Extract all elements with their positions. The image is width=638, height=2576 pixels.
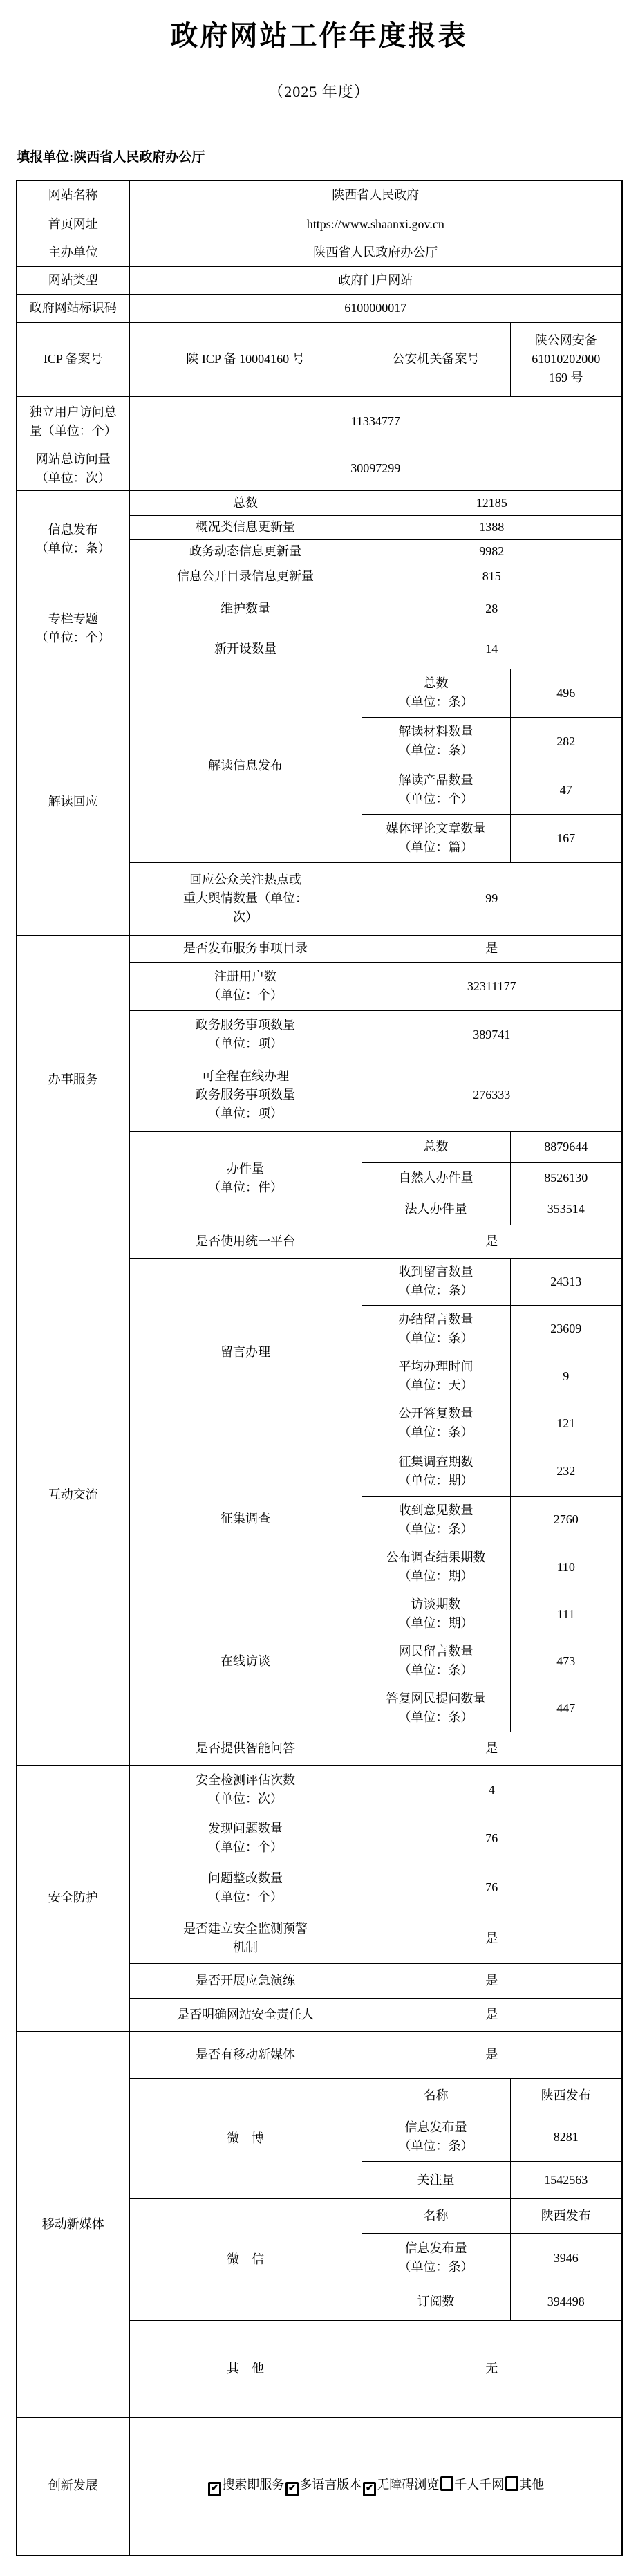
table-row: 信息发布 （单位：条）总数12185 (17, 490, 622, 515)
field-label: 是否使用统一平台 (129, 1225, 362, 1258)
subgroup-header: 留言办理 (129, 1258, 362, 1447)
field-label: 法人办件量 (362, 1194, 510, 1225)
field-value: 6100000017 (129, 294, 622, 322)
field-label: 是否发布服务事项目录 (129, 935, 362, 962)
field-value: 3946 (510, 2233, 622, 2283)
field-value: 30097299 (129, 447, 622, 490)
field-value: 是 (362, 1914, 622, 1963)
field-value: 276333 (362, 1059, 622, 1131)
field-value: 76 (362, 1862, 622, 1914)
field-value: 28 (362, 589, 622, 629)
field-value: 陕 ICP 备 10004160 号 (129, 322, 362, 396)
row-header: 网站名称 (17, 180, 129, 210)
innovation-options: ✔搜索即服务✔多语言版本✔无障碍浏览千人千网其他 (129, 2417, 622, 2555)
row-header: 政府网站标识码 (17, 294, 129, 322)
checkbox-unchecked-icon (505, 2476, 518, 2491)
field-value: 389741 (362, 1010, 622, 1059)
field-value: 23609 (510, 1305, 622, 1353)
group-header: 创新发展 (17, 2417, 129, 2555)
subgroup-header: 办件量 （单位：件） (129, 1131, 362, 1225)
field-value: 14 (362, 629, 622, 669)
field-label: 问题整改数量 （单位：个） (129, 1862, 362, 1914)
table-row: 办事服务是否发布服务事项目录是 (17, 935, 622, 962)
field-value: 232 (510, 1447, 622, 1496)
field-label: 总数 (362, 1131, 510, 1162)
field-label: 网民留言数量 （单位：条） (362, 1638, 510, 1685)
row-header: 独立用户访问总 量（单位：个） (17, 396, 129, 447)
table-row: 主办单位陕西省人民政府办公厅 (17, 239, 622, 266)
field-value: 121 (510, 1400, 622, 1447)
field-value: 11334777 (129, 396, 622, 447)
field-value: 陕西发布 (510, 2078, 622, 2113)
field-label: 可全程在线办理 政务服务事项数量 （单位：项） (129, 1059, 362, 1131)
field-value: 无 (362, 2320, 622, 2417)
group-header: 信息发布 （单位：条） (17, 490, 129, 589)
field-label: 政务服务事项数量 （单位：项） (129, 1010, 362, 1059)
field-label: 是否有移动新媒体 (129, 2031, 362, 2078)
field-value: 473 (510, 1638, 622, 1685)
group-header: 办事服务 (17, 935, 129, 1225)
table-row: ICP 备案号陕 ICP 备 10004160 号公安机关备案号陕公网安备 61… (17, 322, 622, 396)
field-value: 24313 (510, 1258, 622, 1305)
field-value: 陕西发布 (510, 2198, 622, 2233)
field-value: 8879644 (510, 1131, 622, 1162)
field-label: 信息发布量 （单位：条） (362, 2113, 510, 2161)
checkbox-checked-icon: ✔ (285, 2482, 299, 2496)
field-label: 回应公众关注热点或 重大舆情数量（单位： 次） (129, 862, 362, 935)
field-label: 是否建立安全监测预警 机制 (129, 1914, 362, 1963)
group-header: 安全防护 (17, 1765, 129, 2031)
field-label: 名称 (362, 2078, 510, 2113)
field-label: 答复网民提问数量 （单位：条） (362, 1685, 510, 1732)
field-value: 76 (362, 1815, 622, 1862)
field-label: 信息公开目录信息更新量 (129, 564, 362, 589)
subgroup-header: 征集调查 (129, 1447, 362, 1591)
subgroup-header: 微 信 (129, 2198, 362, 2320)
field-value: https://www.shaanxi.gov.cn (129, 210, 622, 239)
field-label: 公布调查结果期数 （单位：期） (362, 1544, 510, 1591)
table-row: 独立用户访问总 量（单位：个）11334777 (17, 396, 622, 447)
field-label: 政务动态信息更新量 (129, 539, 362, 564)
table-row: 政府网站标识码6100000017 (17, 294, 622, 322)
field-label: 新开设数量 (129, 629, 362, 669)
checkbox-label: 搜索即服务 (222, 2476, 284, 2494)
table-row: 网站类型政府门户网站 (17, 266, 622, 294)
field-label: 访谈期数 （单位：期） (362, 1591, 510, 1638)
field-value: 1388 (362, 515, 622, 539)
field-value: 282 (510, 717, 622, 766)
field-value: 9 (510, 1353, 622, 1400)
field-label: 解读产品数量 （单位：个） (362, 766, 510, 814)
field-label: 自然人办件量 (362, 1162, 510, 1194)
table-row: 解读回应解读信息发布总数 （单位：条）496 (17, 669, 622, 717)
field-label: 收到意见数量 （单位：条） (362, 1496, 510, 1544)
field-value: 9982 (362, 539, 622, 564)
checkbox-label: 其他 (519, 2476, 544, 2494)
field-value: 政府门户网站 (129, 266, 622, 294)
field-value: 是 (362, 1963, 622, 1998)
table-row: 网站名称陕西省人民政府 (17, 180, 622, 210)
field-value: 111 (510, 1591, 622, 1638)
field-label: 征集调查期数 （单位：期） (362, 1447, 510, 1496)
field-value: 12185 (362, 490, 622, 515)
reporting-unit-line: 填报单位:陕西省人民政府办公厅 (17, 149, 638, 166)
field-label: 收到留言数量 （单位：条） (362, 1258, 510, 1305)
field-label: 是否明确网站安全责任人 (129, 1998, 362, 2031)
field-label: 媒体评论文章数量 （单位：篇） (362, 814, 510, 862)
field-value: 496 (510, 669, 622, 717)
checkbox-unchecked-icon (440, 2476, 453, 2491)
row-header: 网站总访问量 （单位：次） (17, 447, 129, 490)
field-value: 394498 (510, 2283, 622, 2320)
table-row: 安全防护安全检测评估次数 （单位：次）4 (17, 1765, 622, 1815)
field-value: 4 (362, 1765, 622, 1815)
field-value: 8526130 (510, 1162, 622, 1194)
field-label: 公开答复数量 （单位：条） (362, 1400, 510, 1447)
report-table-body: 网站名称陕西省人民政府首页网址https://www.shaanxi.gov.c… (17, 180, 622, 2555)
field-value: 447 (510, 1685, 622, 1732)
subgroup-header: 在线访谈 (129, 1591, 362, 1732)
field-label: 是否提供智能问答 (129, 1732, 362, 1765)
field-label: 总数 (129, 490, 362, 515)
field-label: 办结留言数量 （单位：条） (362, 1305, 510, 1353)
group-header: 解读回应 (17, 669, 129, 935)
report-year-subtitle: （2025 年度） (0, 83, 638, 101)
field-label: 名称 (362, 2198, 510, 2233)
field-value: 99 (362, 862, 622, 935)
field-label: 关注量 (362, 2161, 510, 2198)
table-row: 创新发展✔搜索即服务✔多语言版本✔无障碍浏览千人千网其他 (17, 2417, 622, 2555)
field-label: 维护数量 (129, 589, 362, 629)
row-header: 网站类型 (17, 266, 129, 294)
checkbox-label: 多语言版本 (299, 2476, 362, 2494)
field-value: 110 (510, 1544, 622, 1591)
field-value: 是 (362, 2031, 622, 2078)
table-row: 移动新媒体是否有移动新媒体是 (17, 2031, 622, 2078)
field-label: 安全检测评估次数 （单位：次） (129, 1765, 362, 1815)
report-page: 政府网站工作年度报表 （2025 年度） 填报单位:陕西省人民政府办公厅 网站名… (0, 0, 638, 2576)
field-label: 信息发布量 （单位：条） (362, 2233, 510, 2283)
field-label: 概况类信息更新量 (129, 515, 362, 539)
row-header: 主办单位 (17, 239, 129, 266)
group-header: 专栏专题 （单位：个） (17, 589, 129, 669)
field-value: 是 (362, 935, 622, 962)
page-title: 政府网站工作年度报表 (0, 0, 638, 51)
field-value: 陕西省人民政府办公厅 (129, 239, 622, 266)
field-label: 平均办理时间 （单位：天） (362, 1353, 510, 1400)
field-value: 167 (510, 814, 622, 862)
checkbox-checked-icon: ✔ (208, 2482, 221, 2496)
field-label: 发现问题数量 （单位：个） (129, 1815, 362, 1862)
checkbox-label: 千人千网 (454, 2476, 504, 2494)
row-header: 首页网址 (17, 210, 129, 239)
group-header: 移动新媒体 (17, 2031, 129, 2417)
field-label: 总数 （单位：条） (362, 669, 510, 717)
field-label: 是否开展应急演练 (129, 1963, 362, 1998)
field-label: 公安机关备案号 (362, 322, 510, 396)
table-row: 首页网址https://www.shaanxi.gov.cn (17, 210, 622, 239)
field-value: 353514 (510, 1194, 622, 1225)
row-header: ICP 备案号 (17, 322, 129, 396)
checkbox-label: 无障碍浏览 (377, 2476, 439, 2494)
table-row: 互动交流是否使用统一平台是 (17, 1225, 622, 1258)
checkbox-checked-icon: ✔ (363, 2482, 376, 2496)
group-header: 互动交流 (17, 1225, 129, 1765)
field-value: 是 (362, 1732, 622, 1765)
subgroup-header: 解读信息发布 (129, 669, 362, 862)
field-label: 订阅数 (362, 2283, 510, 2320)
field-value: 陕西省人民政府 (129, 180, 622, 210)
subgroup-header: 微 博 (129, 2078, 362, 2198)
field-value: 是 (362, 1998, 622, 2031)
field-value: 8281 (510, 2113, 622, 2161)
field-value: 2760 (510, 1496, 622, 1544)
field-value: 是 (362, 1225, 622, 1258)
field-value: 815 (362, 564, 622, 589)
subgroup-header: 其 他 (129, 2320, 362, 2417)
table-row: 网站总访问量 （单位：次）30097299 (17, 447, 622, 490)
field-value: 32311177 (362, 962, 622, 1010)
table-row: 专栏专题 （单位：个）维护数量28 (17, 589, 622, 629)
field-value: 陕公网安备 61010202000 169 号 (510, 322, 622, 396)
field-label: 注册用户数 （单位：个） (129, 962, 362, 1010)
field-value: 1542563 (510, 2161, 622, 2198)
field-label: 解读材料数量 （单位：条） (362, 717, 510, 766)
annual-report-table: 网站名称陕西省人民政府首页网址https://www.shaanxi.gov.c… (16, 180, 623, 2556)
field-value: 47 (510, 766, 622, 814)
